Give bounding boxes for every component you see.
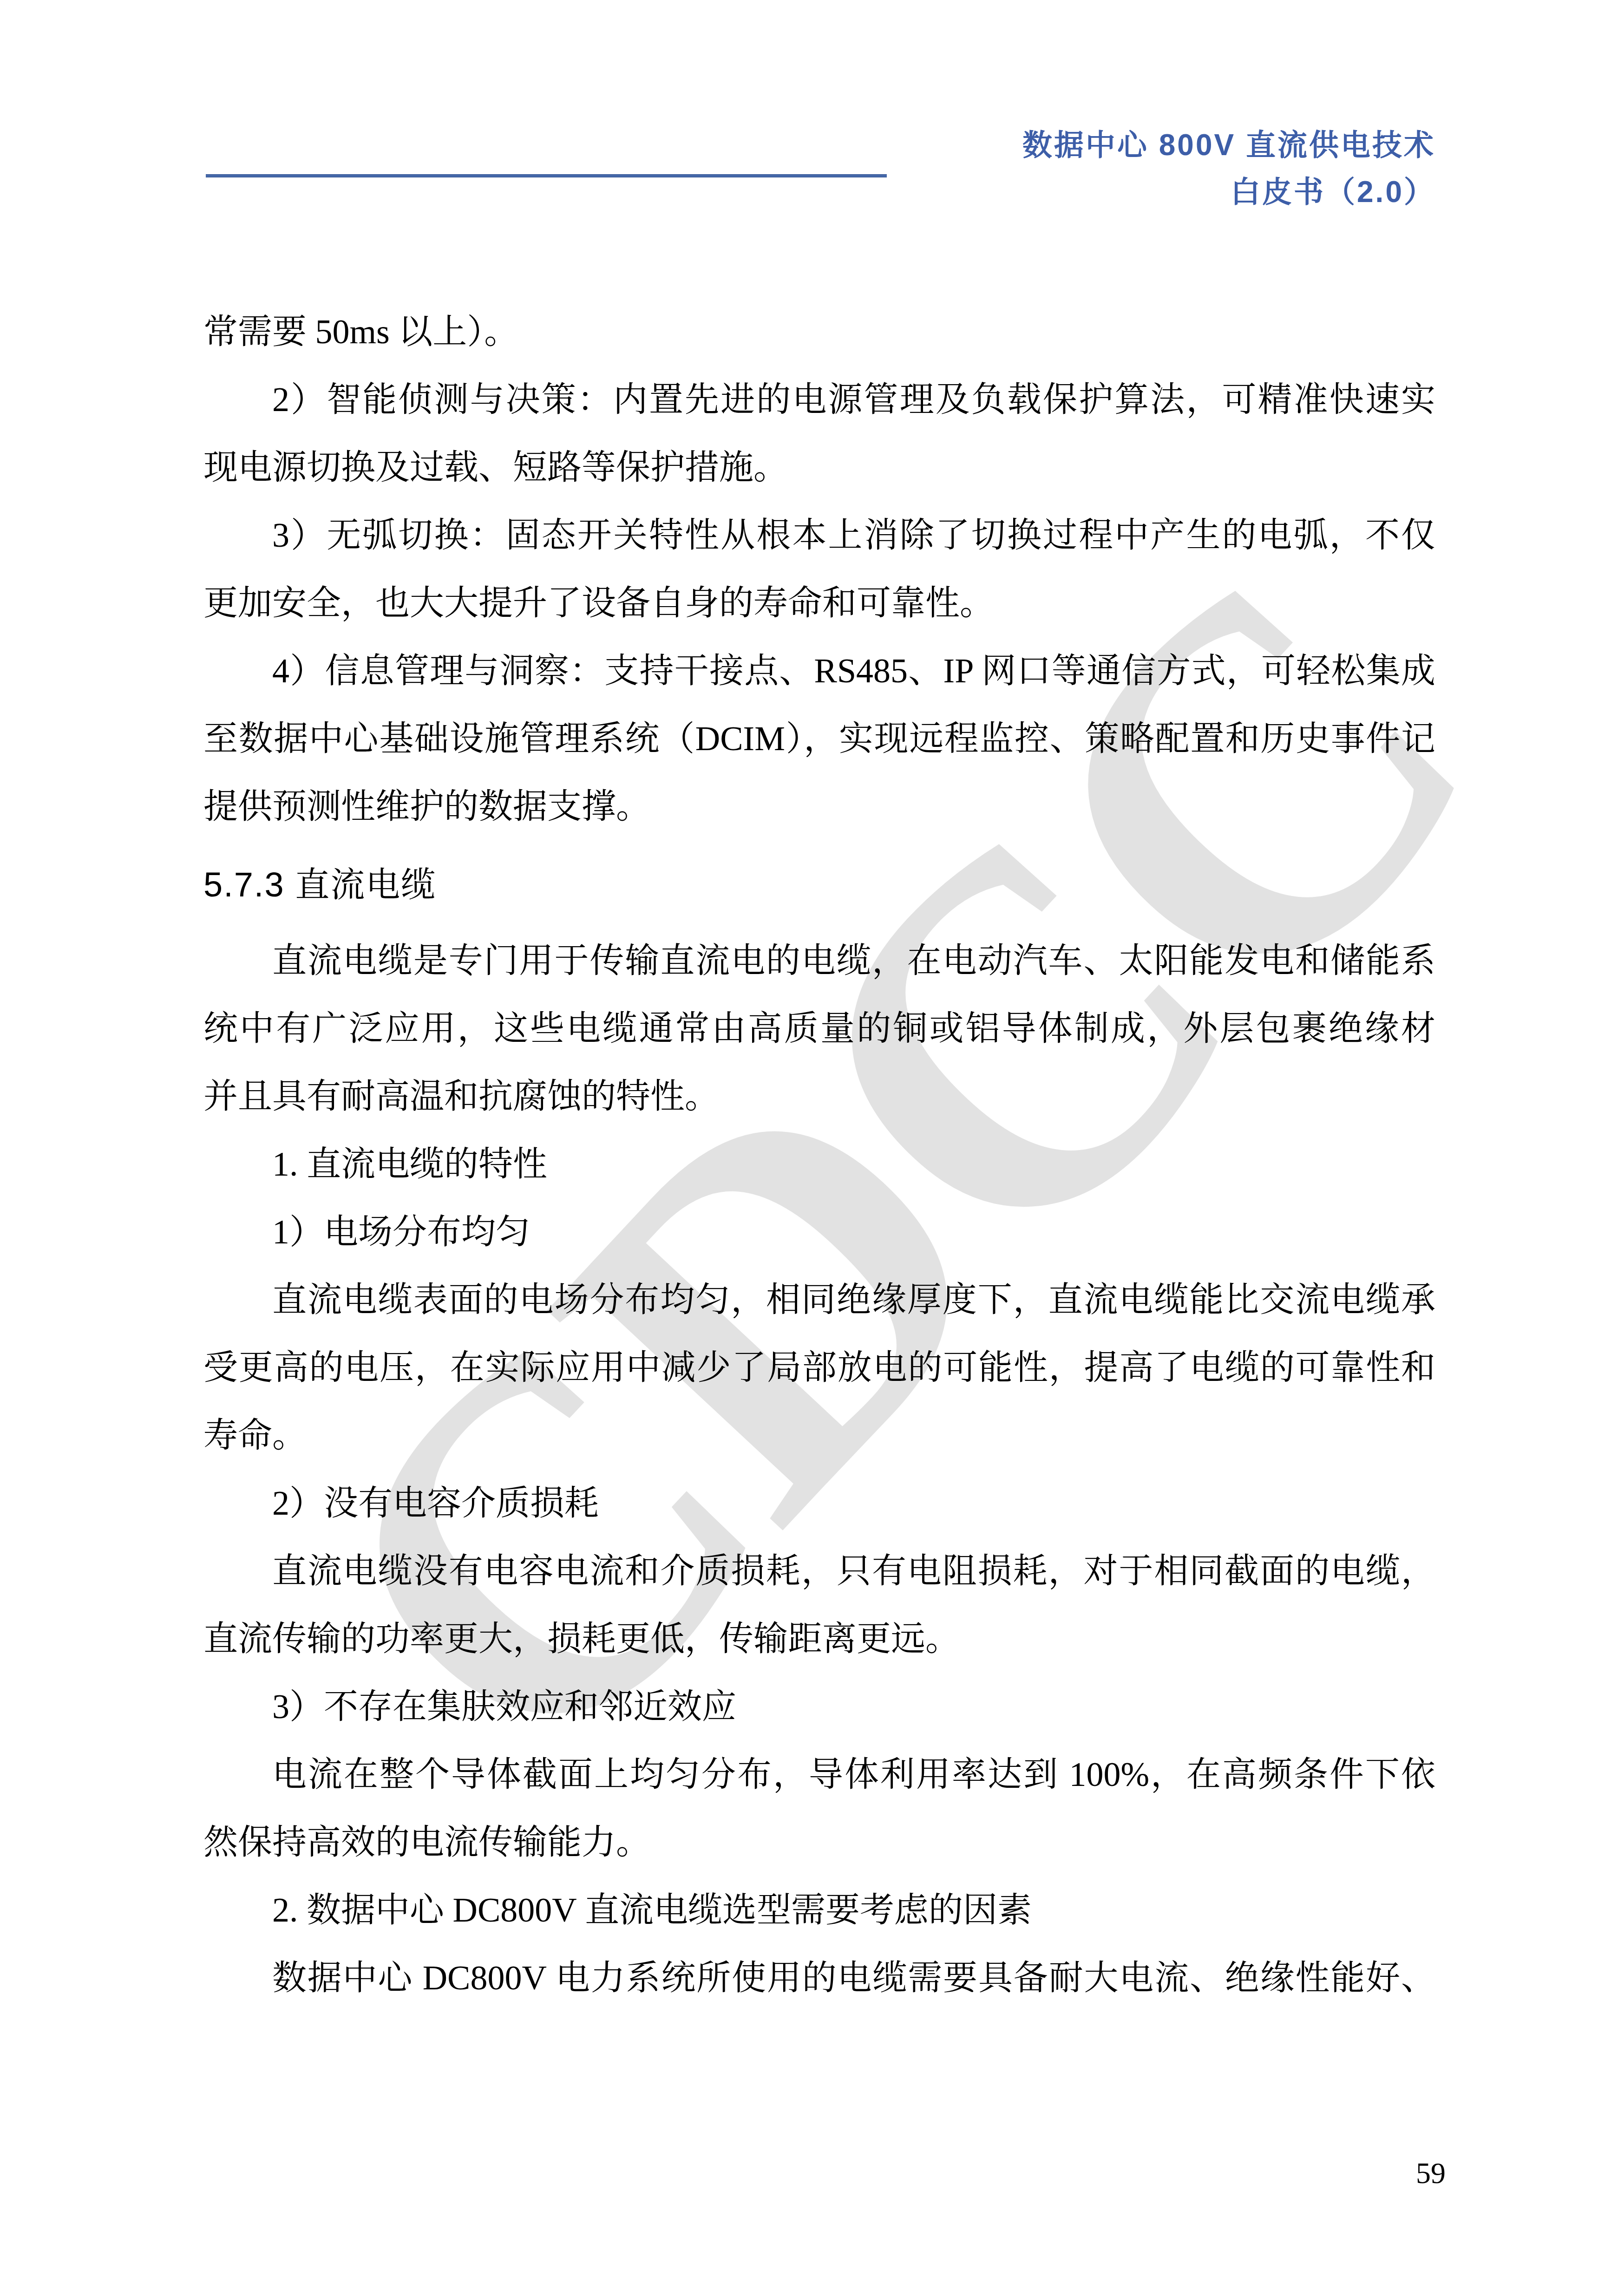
body-line: 1）电场分布均匀 <box>203 1198 1435 1266</box>
body-line: 常需要 50ms 以上）。 <box>203 298 1435 366</box>
body-line: 电流在整个导体截面上均匀分布，导体利用率达到 100%，在高频条件下依 <box>203 1741 1435 1809</box>
body-text: 常需要 50ms 以上）。2）智能侦测与决策：内置先进的电源管理及负载保护算法，… <box>203 298 1435 2012</box>
body-line: 3）不存在集肤效应和邻近效应 <box>203 1673 1435 1741</box>
body-line: 然保持高效的电流传输能力。 <box>203 1809 1435 1877</box>
body-line: 并且具有耐高温和抗腐蚀的特性。 <box>203 1063 1435 1131</box>
section-heading: 5.7.3 直流电缆 <box>203 841 1435 927</box>
body-line: 2）智能侦测与决策：内置先进的电源管理及负载保护算法，可精准快速实 <box>203 366 1435 434</box>
body-line: 直流电缆没有电容电流和介质损耗，只有电阻损耗，对于相同截面的电缆， <box>203 1537 1435 1605</box>
body-line: 3）无弧切换：固态开关特性从根本上消除了切换过程中产生的电弧，不仅 <box>203 502 1435 569</box>
body-line: 现电源切换及过载、短路等保护措施。 <box>203 434 1435 502</box>
header-divider-line <box>206 174 887 177</box>
body-line: 直流传输的功率更大，损耗更低，传输距离更远。 <box>203 1605 1435 1673</box>
body-line: 寿命。 <box>203 1402 1435 1470</box>
page-number: 59 <box>1416 2155 1446 2191</box>
body-line: 直流电缆表面的电场分布均匀，相同绝缘厚度下，直流电缆能比交流电缆承 <box>203 1266 1435 1334</box>
body-line: 至数据中心基础设施管理系统（DCIM），实现远程监控、策略配置和历史事件记录， <box>203 705 1435 773</box>
body-line: 受更高的电压，在实际应用中减少了局部放电的可能性，提高了电缆的可靠性和 <box>203 1334 1435 1402</box>
document-page: CDCC 数据中心 800V 直流供电技术 白皮书（2.0） 常需要 50ms … <box>0 0 1624 2282</box>
body-line: 1. 直流电缆的特性 <box>203 1131 1435 1198</box>
body-line: 直流电缆是专门用于传输直流电的电缆，在电动汽车、太阳能发电和储能系 <box>203 927 1435 995</box>
header-title-line1: 数据中心 800V 直流供电技术 <box>1022 122 1435 169</box>
body-line: 2. 数据中心 DC800V 直流电缆选型需要考虑的因素 <box>203 1877 1435 1944</box>
body-line: 2）没有电容介质损耗 <box>203 1470 1435 1537</box>
body-line: 4）信息管理与洞察：支持干接点、RS485、IP 网口等通信方式，可轻松集成 <box>203 637 1435 705</box>
header-title-line2: 白皮书（2.0） <box>1022 169 1435 216</box>
page-header: 数据中心 800V 直流供电技术 白皮书（2.0） <box>1022 122 1435 216</box>
body-line: 更加安全，也大大提升了设备自身的寿命和可靠性。 <box>203 569 1435 637</box>
body-line: 统中有广泛应用，这些电缆通常由高质量的铜或铝导体制成，外层包裹绝缘材料， <box>203 995 1435 1063</box>
body-line: 数据中心 DC800V 电力系统所使用的电缆需要具备耐大电流、绝缘性能好、 <box>203 1944 1435 2012</box>
body-line: 提供预测性维护的数据支撑。 <box>203 773 1435 841</box>
